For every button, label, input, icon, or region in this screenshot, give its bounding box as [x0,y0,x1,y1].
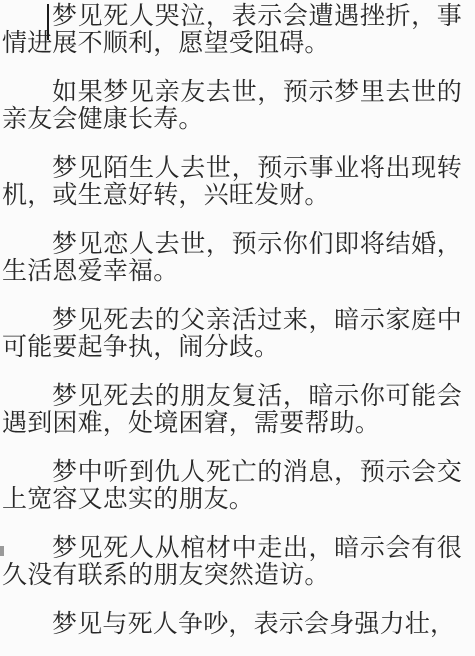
paragraph: 如果梦见亲友去世，预示梦里去世的亲友会健康长寿。 [2,79,462,133]
paragraph: 梦中听到仇人死亡的消息，预示会交上宽容又忠实的朋友。 [2,459,462,513]
paragraph: 梦见恋人去世，预示你们即将结婚，生活恩爱幸福。 [2,231,462,285]
article-page: 梦见死人哭泣，表示会遭遇挫折，事情进展不顺利，愿望受阻碍。 如果梦见亲友去世，预… [0,0,475,656]
paragraph: 梦见死人哭泣，表示会遭遇挫折，事情进展不顺利，愿望受阻碍。 [2,3,462,57]
scan-artifact [0,546,4,556]
paragraph: 梦见死人从棺材中走出，暗示会有很久没有联系的朋友突然造访。 [2,535,462,589]
paragraph: 梦见陌生人去世，预示事业将出现转机，或生意好转，兴旺发财。 [2,155,462,209]
text-cursor [47,4,49,40]
paragraph: 梦见死去的朋友复活，暗示你可能会遇到困难，处境困窘，需要帮助。 [2,383,462,437]
paragraph: 梦见死去的父亲活过来，暗示家庭中可能要起争执，闹分歧。 [2,307,462,361]
paragraph: 梦见与死人争吵，表示会身强力壮， [2,611,462,638]
